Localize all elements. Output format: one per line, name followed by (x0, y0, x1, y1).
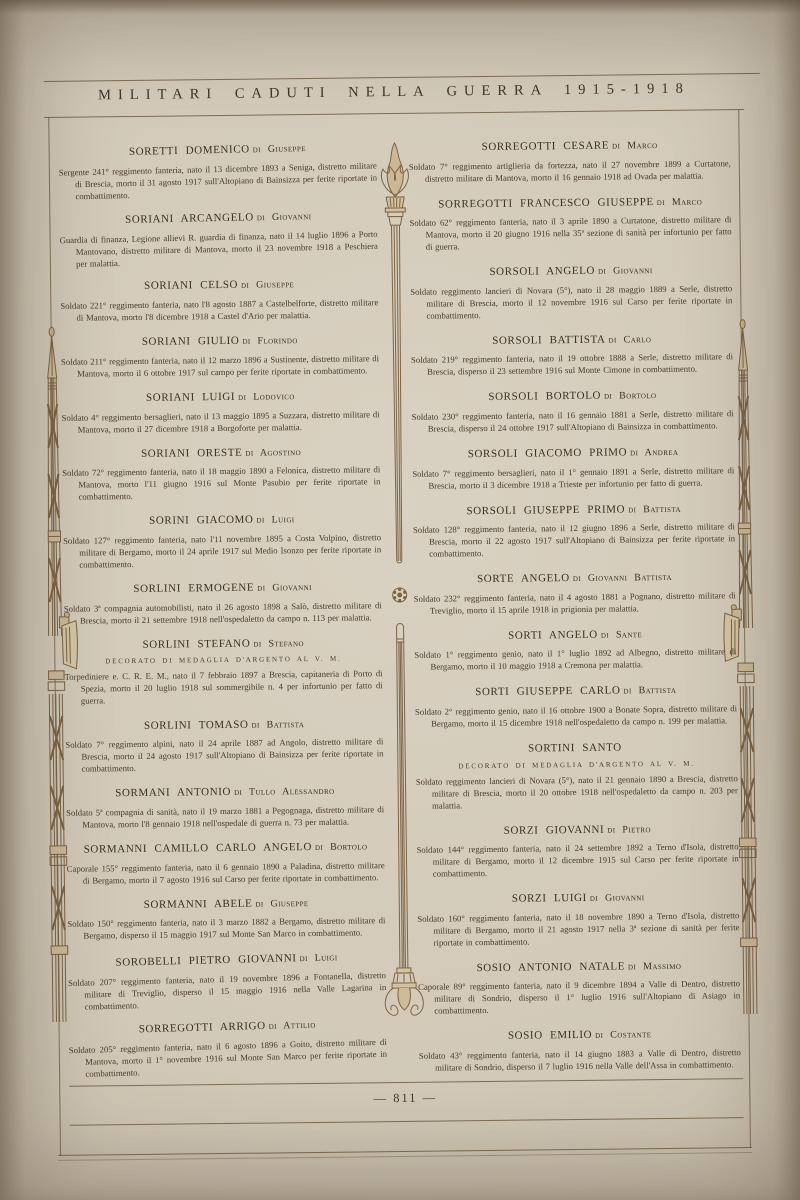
entry-patronymic: di Marco (612, 140, 658, 152)
bottom-frame-rule (58, 1147, 752, 1156)
entry-body: Soldato 127° reggimento fanteria, nato l… (63, 531, 381, 571)
entry-body: Soldato 7° reggimento alpini, nato il 24… (65, 735, 383, 775)
entry-name: SORMANNI CAMILLO CARLO ANGELO (84, 841, 312, 856)
entry-header: SORSOLI BATTISTAdi Carlo (411, 328, 733, 349)
casualty-entry: SORTINI SANTO DECORATO DI MEDAGLIA D'ARG… (415, 736, 738, 811)
casualty-entry: SORMANNI CAMILLO CARLO ANGELOdi Bortolo … (66, 836, 385, 886)
entry-patronymic: di Giuseppe (255, 898, 308, 910)
casualty-entry: SORMANI ANTONIOdi Tullo Alessandro Solda… (66, 781, 385, 831)
casualty-entry: SORIANI CELSOdi Giuseppe Soldato 221° re… (60, 274, 379, 324)
entry-name: SORETTI DOMENICO (129, 143, 250, 158)
entry-name: SORIANI GIULIO (142, 335, 240, 348)
entry-name: SOROBELLI PIETRO GIOVANNI (115, 952, 296, 969)
scanned-page: MILITARI CADUTI NELLA GUERRA 1915-1918 (0, 0, 800, 1200)
entry-name: SORREGOTTI CESARE (482, 140, 610, 153)
entry-name: SORSOLI ANGELO (489, 265, 595, 278)
entry-body: Guardia di finanza, Legione allievi R. g… (59, 227, 378, 269)
entry-body: Soldato 160° reggimento fanteria, nato i… (417, 909, 739, 949)
entry-name: SORIANI ORESTE (141, 446, 242, 459)
entry-header: SORLINI STEFANOdi Stefano (64, 632, 382, 653)
entry-header: SOSIO EMILIOdi Costante (419, 1023, 741, 1044)
entry-header: SORTI ANGELOdi Sante (414, 623, 736, 644)
entry-patronymic: di Luigi (299, 952, 337, 964)
entry-body: Soldato 2° reggimento genio, nato il 16 … (415, 702, 737, 730)
casualty-entry: SORTE ANGELOdi Giovanni Battista Soldato… (413, 566, 736, 616)
entry-patronymic: di Marco (657, 196, 703, 208)
casualty-entry: SORSOLI GIACOMO PRIMOdi Andrea Soldato 7… (412, 441, 735, 491)
casualty-entry: SORSOLI GIUSEPPE PRIMOdi Battista Soldat… (413, 498, 736, 560)
casualty-entry: SORETTI DOMENICOdi Giuseppe Sergente 241… (58, 136, 377, 202)
entry-patronymic: di Carlo (608, 334, 651, 345)
entry-header: SORIANI GIULIOdi Florindo (61, 329, 379, 350)
entry-body: Soldato 62° reggimento fanteria, nato il… (409, 213, 731, 253)
casualty-entry: SORSOLI BORTOLOdi Bortolo Soldato 230° r… (411, 385, 734, 435)
entry-patronymic: di Luigi (256, 515, 294, 526)
entry-name: SORTE ANGELO (477, 572, 570, 585)
entry-header: SORINI GIACOMOdi Luigi (63, 509, 381, 530)
casualty-entry: SORSOLI BATTISTAdi Carlo Soldato 219° re… (411, 328, 734, 378)
casualty-entry: SORIANI GIULIOdi Florindo Soldato 211° r… (61, 329, 380, 379)
casualty-entry: SORREGOTTI ARRIGOdi Attilio Soldato 205°… (68, 1013, 387, 1080)
entry-name: SOSIO EMILIO (508, 1029, 592, 1042)
entry-patronymic: di Andrea (630, 447, 678, 459)
entry-name: SORTINI SANTO (528, 741, 622, 754)
title-underline-rule (44, 109, 744, 118)
casualty-entry: SORINI GIACOMOdi Luigi Soldato 127° regg… (63, 509, 382, 571)
entry-name: SORLINI ERMOGENE (133, 582, 254, 595)
entry-body: Soldato 211° reggimento fanteria, nato i… (61, 352, 379, 380)
entries-area: SORETTI DOMENICOdi Giuseppe Sergente 241… (59, 134, 742, 1078)
entry-patronymic: di Giovanni (257, 582, 312, 594)
entry-body: Caporale 155° reggimento fanteria, nato … (67, 859, 385, 887)
casualty-entry: SORLINI ERMOGENEdi Giovanni Soldato 3ª c… (63, 576, 382, 626)
entry-patronymic: di Florindo (242, 335, 297, 347)
entry-name: SORZI LUIGI (512, 892, 587, 905)
casualty-entry: SORIANI ARCANGELOdi Giovanni Guardia di … (59, 205, 378, 270)
entry-header: SORMANI ANTONIOdi Tullo Alessandro (66, 781, 384, 802)
entry-body: Torpediniere e. C. R. E. M., nato il 7 f… (65, 668, 383, 708)
entry-header: SORETTI DOMENICOdi Giuseppe (58, 136, 376, 161)
entry-patronymic: di Lodovico (238, 391, 295, 403)
entry-name: SORSOLI GIUSEPPE PRIMO (466, 503, 625, 517)
entry-name: SORINI GIACOMO (149, 514, 254, 527)
entry-header: SOROBELLI PIETRO GIOVANNIdi Luigi (67, 946, 385, 972)
entry-header: SORREGOTTI CESAREdi Marco (408, 134, 730, 155)
casualty-entry: SORLINI TOMASOdi Battista Soldato 7° reg… (65, 713, 384, 775)
entry-patronymic: di Giovanni (598, 265, 653, 277)
page-sheet: MILITARI CADUTI NELLA GUERRA 1915-1918 (0, 0, 800, 1200)
casualty-entry: SORLINI STEFANOdi Stefano DECORATO DI ME… (64, 632, 383, 707)
entry-header: SORSOLI GIACOMO PRIMOdi Andrea (412, 441, 734, 462)
entry-patronymic: di Giovanni (590, 892, 645, 904)
casualty-entry: SORIANI LUIGIdi Lodovico Soldato 4° regg… (61, 385, 380, 435)
entry-header: SOSIO ANTONIO NATALEdi Massimo (418, 955, 740, 976)
entry-name: SORMANNI ABELE (144, 898, 253, 911)
entry-patronymic: di Pietro (607, 824, 651, 835)
casualty-entry: SOSIO EMILIOdi Costante Soldato 43° regg… (419, 1023, 742, 1073)
entry-name: SORSOLI BORTOLO (488, 390, 601, 403)
casualty-entry: SORREGOTTI FRANCESCO GIUSEPPEdi Marco So… (409, 191, 732, 253)
entry-header: SORTINI SANTO (415, 736, 737, 757)
entry-body: Soldato 232° reggimento fanteria, nato i… (414, 589, 736, 617)
column-right: SORREGOTTI CESAREdi Marco Soldato 7° reg… (408, 134, 741, 1074)
entry-header: SORIANI ARCANGELOdi Giovanni (59, 205, 377, 229)
entry-body: Soldato 1° reggimento genio, nato il 1° … (414, 646, 736, 674)
entry-header: SORTE ANGELOdi Giovanni Battista (413, 566, 735, 587)
entry-patronymic: di Giovanni (257, 211, 312, 223)
entry-header: SORIANI ORESTEdi Agostino (62, 441, 380, 462)
entry-name: SORSOLI GIACOMO PRIMO (468, 446, 627, 460)
entry-body: Soldato 150° reggimento fanteria, nato i… (67, 915, 385, 943)
casualty-entry: SORTI GIUSEPPE CARLOdi Battista Soldato … (415, 680, 738, 730)
entry-body: Soldato 230° reggimento fanteria, nato i… (412, 407, 734, 435)
entry-body: Soldato 219° reggimento fanteria, nato i… (411, 351, 733, 379)
entry-name: SORZI GIOVANNI (504, 823, 605, 836)
entry-header: SORLINI TOMASOdi Battista (65, 713, 383, 734)
entry-name: SORREGOTTI ARRIGO (139, 1020, 266, 1035)
casualty-entry: SOROBELLI PIETRO GIOVANNIdi Luigi Soldat… (67, 946, 386, 1013)
entry-patronymic: di Giovanni Battista (573, 572, 672, 584)
entry-patronymic: di Costante (595, 1029, 651, 1041)
entry-body: Soldato 7° reggimento bersaglieri, nato … (412, 464, 734, 492)
casualty-entry: SORREGOTTI CESAREdi Marco Soldato 7° reg… (408, 134, 731, 184)
entry-body: Sergente 241° reggimento fanteria, nato … (59, 159, 378, 202)
entry-patronymic: di Battista (623, 685, 676, 697)
entry-patronymic: di Agostino (245, 447, 301, 459)
entry-header: SORREGOTTI FRANCESCO GIUSEPPEdi Marco (409, 191, 731, 212)
casualty-entry: SORTI ANGELOdi Sante Soldato 1° reggimen… (414, 623, 737, 673)
entry-body: Soldato 205° reggimento fanteria, nato i… (69, 1036, 388, 1081)
entry-name: SORMANI ANTONIO (115, 786, 231, 799)
entry-name: SORLINI TOMASO (144, 718, 249, 731)
entry-patronymic: di Attilio (269, 1020, 316, 1032)
casualty-entry: SORMANNI ABELEdi Giuseppe Soldato 150° r… (67, 892, 386, 942)
casualty-entry: SORZI GIOVANNIdi Pietro Soldato 144° reg… (416, 818, 739, 880)
entry-header: SORSOLI BORTOLOdi Bortolo (411, 385, 733, 406)
entry-header: SORIANI LUIGIdi Lodovico (61, 385, 379, 406)
entry-header: SORIANI CELSOdi Giuseppe (60, 274, 378, 295)
casualty-entry: SORIANI ORESTEdi Agostino Soldato 72° re… (62, 441, 381, 503)
entry-patronymic: di Sante (601, 629, 642, 640)
entry-header: SORSOLI ANGELOdi Giovanni (410, 259, 732, 280)
entry-header: SORMANNI ABELEdi Giuseppe (67, 892, 385, 913)
entry-name: SORTI ANGELO (508, 629, 598, 642)
entry-body: Soldato 72° reggimento fanteria, nato il… (62, 463, 380, 503)
page-title: MILITARI CADUTI NELLA GUERRA 1915-1918 (0, 79, 794, 105)
entry-patronymic: di Giuseppe (241, 280, 294, 292)
entry-body: Soldato 3ª compagnia automobilisti, nato… (64, 599, 382, 627)
entry-patronymic: di Battista (628, 503, 681, 515)
entry-patronymic: di Massimo (628, 961, 681, 973)
entry-body: Soldato 207° reggimento fanteria, nato i… (68, 968, 387, 1012)
page-number: — 811 — (5, 1086, 800, 1110)
entry-header: SORSOLI GIUSEPPE PRIMOdi Battista (413, 498, 735, 519)
entry-header: SORTI GIUSEPPE CARLOdi Battista (415, 680, 737, 701)
footer-rule-top (69, 1078, 743, 1087)
entry-header: SORREGOTTI ARRIGOdi Attilio (68, 1013, 386, 1039)
footer-rule-bottom (70, 1117, 744, 1126)
entry-body: Caporale 89° reggimento fanteria, nato i… (418, 977, 740, 1017)
entry-patronymic: di Stefano (253, 638, 304, 650)
entry-body: Soldato 221° reggimento fanteria, nato l… (60, 296, 378, 324)
entry-name: SORREGOTTI FRANCESCO GIUSEPPE (438, 196, 654, 210)
entry-name: SORTI GIUSEPPE CARLO (475, 685, 620, 699)
entry-body: Soldato reggimento lancieri di Novara (5… (410, 282, 732, 322)
entry-body: Soldato 43° reggimento fanteria, nato il… (419, 1046, 741, 1074)
entry-body: Soldato 144° reggimento fanteria, nato i… (416, 840, 738, 880)
entry-body: Soldato 4° reggimento bersaglieri, nato … (62, 408, 380, 436)
entry-patronymic: di Tullo Alessandro (234, 786, 335, 798)
column-left: SORETTI DOMENICOdi Giuseppe Sergente 241… (59, 138, 388, 1078)
entry-body: Soldato 128° reggimento fanteria, nato i… (413, 520, 735, 560)
entry-name: SORIANI ARCANGELO (125, 211, 254, 226)
entry-name: SORLINI STEFANO (142, 638, 250, 651)
entry-header: SORMANNI CAMILLO CARLO ANGELOdi Bortolo (66, 836, 384, 857)
entry-patronymic: di Giuseppe (253, 143, 306, 155)
entry-body: Soldato reggimento lancieri di Novara (5… (416, 772, 738, 812)
entry-header: SORZI GIOVANNIdi Pietro (416, 818, 738, 839)
entry-header: SORLINI ERMOGENEdi Giovanni (63, 576, 381, 597)
entry-body: Soldato 5ª compagnia di sanità, nato il … (66, 803, 384, 831)
casualty-entry: SORSOLI ANGELOdi Giovanni Soldato reggim… (410, 259, 733, 321)
casualty-entry: SORZI LUIGIdi Giovanni Soldato 160° regg… (417, 886, 740, 948)
entry-patronymic: di Bortolo (315, 841, 368, 853)
entry-name: SORSOLI BATTISTA (492, 333, 605, 346)
entry-patronymic: di Battista (251, 719, 304, 731)
casualty-entry: SOSIO ANTONIO NATALEdi Massimo Caporale … (418, 955, 741, 1017)
entry-patronymic: di Bortolo (604, 390, 657, 402)
entry-body: Soldato 7° reggimento artiglieria da for… (409, 157, 731, 185)
entry-name: SORIANI CELSO (144, 279, 238, 292)
entry-decoration: DECORATO DI MEDAGLIA D'ARGENTO AL V. M. (416, 759, 738, 771)
entry-decoration: DECORATO DI MEDAGLIA D'ARGENTO AL V. M. (64, 655, 382, 667)
entry-name: SOSIO ANTONIO NATALE (476, 960, 625, 974)
entry-name: SORIANI LUIGI (146, 391, 235, 404)
entry-header: SORZI LUIGIdi Giovanni (417, 886, 739, 907)
